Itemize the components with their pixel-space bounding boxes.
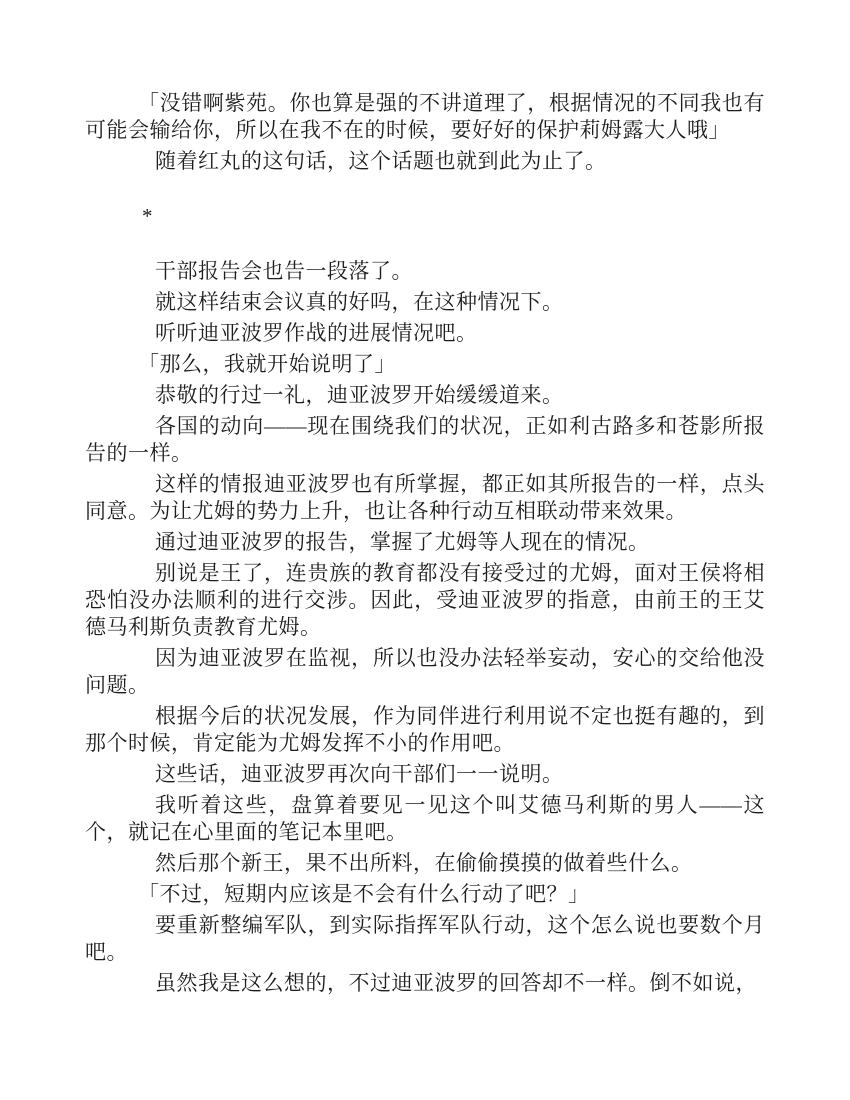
section-separator: * bbox=[85, 203, 765, 230]
paragraph: 通过迪亚波罗的报告，掌握了尤姆等人现在的情况。 bbox=[85, 529, 765, 556]
paragraph: 这些话，迪亚波罗再次向干部们一一说明。 bbox=[85, 761, 765, 788]
paragraph: 根据今后的状况发展，作为同伴进行利用说不定也挺有趣的，到那个时候，肯定能为尤姆发… bbox=[85, 703, 765, 757]
paragraph: 虽然我是这么想的，不过迪亚波罗的回答却不一样。倒不如说， bbox=[85, 970, 765, 997]
paragraph: 就这样结束会议真的好吗，在这种情况下。 bbox=[85, 289, 765, 316]
paragraph: 别说是王了，连贵族的教育都没有接受过的尤姆，面对王侯将相恐怕没办法顺利的进行交涉… bbox=[85, 560, 765, 641]
paragraph: 听听迪亚波罗作战的进展情况吧。 bbox=[85, 320, 765, 347]
dialogue-paragraph: 「那么，我就开始说明了」 bbox=[85, 351, 765, 378]
novel-text-block: 「没错啊紫苑。你也算是强的不讲道理了，根据情况的不同我也有可能会输给你，所以在我… bbox=[85, 90, 765, 1001]
paragraph: 干部报告会也告一段落了。 bbox=[85, 258, 765, 285]
paragraph: 然后那个新王，果不出所料，在偷偷摸摸的做着些什么。 bbox=[85, 850, 765, 877]
paragraph: 恭敬的行过一礼，迪亚波罗开始缓缓道来。 bbox=[85, 382, 765, 409]
paragraph: 我听着这些，盘算着要见一见这个叫艾德马利斯的男人——这个，就记在心里面的笔记本里… bbox=[85, 792, 765, 846]
paragraph: 各国的动向——现在围绕我们的状况，正如利古路多和苍影所报告的一样。 bbox=[85, 413, 765, 467]
paragraph: 因为迪亚波罗在监视，所以也没办法轻举妄动，安心的交给他没问题。 bbox=[85, 645, 765, 699]
dialogue-paragraph: 「不过，短期内应该是不会有什么行动了吧？」 bbox=[85, 881, 765, 908]
paragraph: 随着红丸的这句话，这个话题也就到此为止了。 bbox=[85, 148, 765, 175]
paragraph: 要重新整编军队，到实际指挥军队行动，这个怎么说也要数个月吧。 bbox=[85, 912, 765, 966]
paragraph: 这样的情报迪亚波罗也有所掌握，都正如其所报告的一样，点头同意。为让尤姆的势力上升… bbox=[85, 471, 765, 525]
document-page: 「没错啊紫苑。你也算是强的不讲道理了，根据情况的不同我也有可能会输给你，所以在我… bbox=[0, 0, 850, 1100]
dialogue-paragraph: 「没错啊紫苑。你也算是强的不讲道理了，根据情况的不同我也有可能会输给你，所以在我… bbox=[85, 90, 765, 144]
